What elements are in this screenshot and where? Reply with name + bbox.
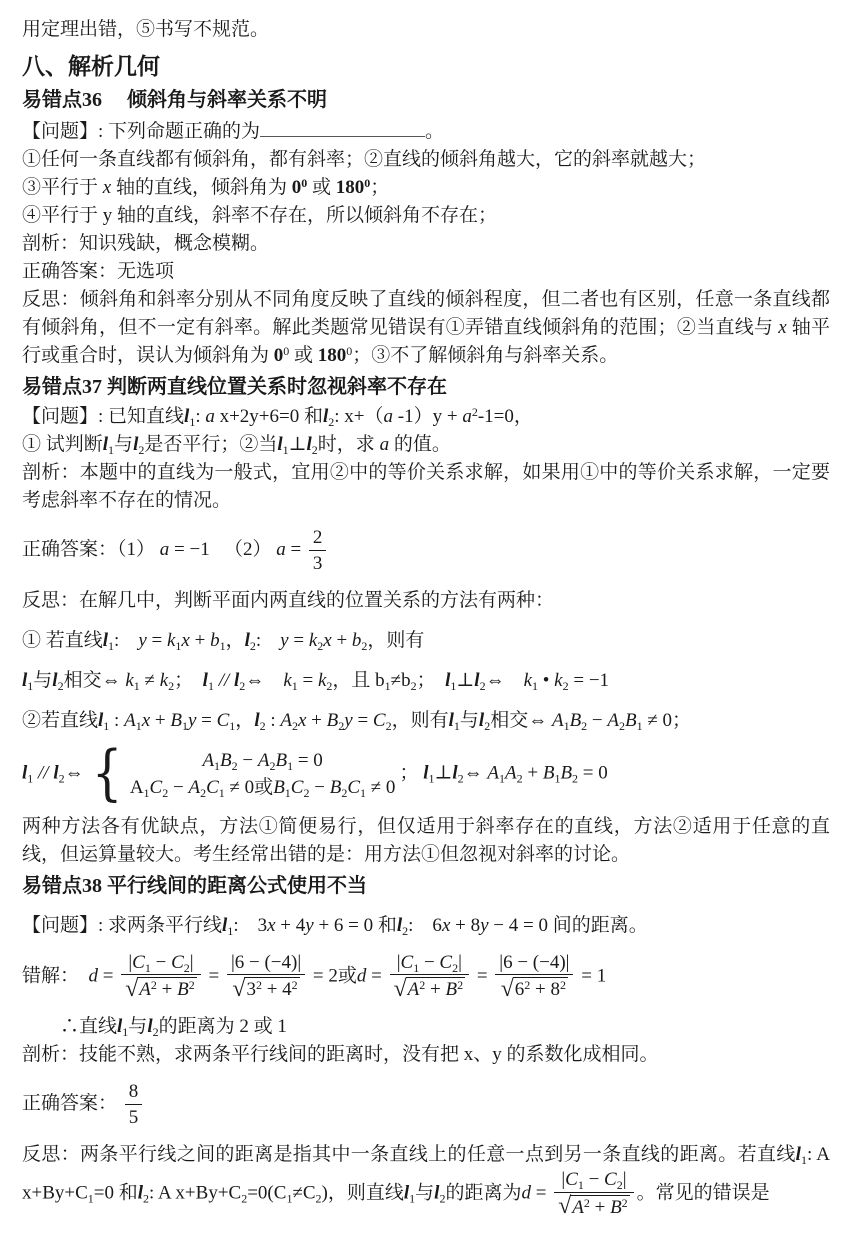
fraction: |C1 − C2|√A2 + B2 [554,1169,633,1219]
problem-36: 【问题】: 下列命题正确的为。 [22,116,830,146]
analysis-37: 剖析：本题中的直线为一般式，宜用②中的等价关系求解，如果用①中的等价关系求解，一… [22,459,830,515]
left-brace-icon: { [91,748,122,799]
problem-37: 【问题】: 已知直线l1: a x+2y+6=0 和l2: x+（a -1）y … [22,403,830,431]
mistake-37-heading: 易错点37 判断两直线位置关系时忽视斜率不存在 [22,373,830,401]
fill-in-blank [260,116,425,137]
wrong-solution-38: 错解： d = |C1 − C2|√A2 + B2 = |6 − (−4)|√3… [22,952,830,1002]
option-4: ④平行于 y 轴的直线，斜率不存在，所以倾斜角不存在； [22,202,830,230]
method-1-relations: l1与l2相交⇔ k1 ≠ k2； l1 // l2⇔ k1 = k2，且 b1… [22,667,830,695]
method-2-cases: l1 // l2⇔{A1B2 − A2B1 = 0A1C2 − A2C1 ≠ 0… [22,747,830,801]
option-3: ③平行于 x 轴的直线，倾斜角为 00 或 1800； [22,174,830,202]
problem-38: 【问题】: 求两条平行线l1: 3x + 4y + 6 = 0 和l2: 6x … [22,912,830,940]
square-root: √A2 + B2 [558,1195,629,1219]
analysis-38: 剖析：技能不熟，求两条平行线间的距离时，没有把 x、y 的系数化成相同。 [22,1041,830,1069]
reflection-37-intro: 反思：在解几中，判断平面内两直线的位置关系的方法有两种： [22,587,830,615]
answer-36: 正确答案：无选项 [22,258,830,286]
fraction: 85 [125,1081,143,1129]
document-page: 用定理出错，⑤书写不规范。八、解析几何易错点36 倾斜角与斜率关系不明【问题】:… [0,0,854,1251]
problem-37-questions: ① 试判断l1与l2是否平行；②当l1⊥l2时，求 a 的值。 [22,431,830,459]
section-heading-analytic-geometry: 八、解析几何 [22,51,830,83]
fraction: |6 − (−4)|√62 + 82 [495,952,573,1002]
answer-37: 正确答案：（1） a = −1 （2） a = 23 [22,527,830,575]
square-root: √32 + 42 [232,977,299,1001]
reflection-36: 反思：倾斜角和斜率分别从不同角度反映了直线的倾斜程度，但二者也有区别，任意一条直… [22,286,830,370]
cases-group: {A1B2 − A2B1 = 0A1C2 − A2C1 ≠ 0或B1C2 − B… [88,747,396,801]
methods-comparison: 两种方法各有优缺点，方法①简便易行，但仅适用于斜率存在的直线，方法②适用于任意的… [22,813,830,869]
answer-38: 正确答案： 85 [22,1081,830,1129]
reflection-38: 反思：两条平行线之间的距离是指其中一条直线上的任意一点到另一条直线的距离。若直线… [22,1141,830,1219]
intro-line: 用定理出错，⑤书写不规范。 [22,16,830,44]
square-root: √A2 + B2 [394,977,465,1001]
options-1-2: ①任何一条直线都有倾斜角，都有斜率；②直线的倾斜角越大，它的斜率就越大； [22,146,830,174]
square-root: √A2 + B2 [125,977,196,1001]
square-root: √62 + 82 [501,977,568,1001]
mistake-36-heading: 易错点36 倾斜角与斜率关系不明 [22,86,830,114]
analysis-36: 剖析：知识残缺，概念模糊。 [22,230,830,258]
fraction: |C1 − C2|√A2 + B2 [121,952,200,1002]
fraction: 23 [309,527,327,575]
fraction: |6 − (−4)|√32 + 42 [227,952,305,1002]
method-2-formula: ②若直线l1 : A1x + B1y = C1，l2 : A2x + B2y =… [22,707,830,735]
mistake-38-heading: 易错点38 平行线间的距离公式使用不当 [22,872,830,900]
fraction: |C1 − C2|√A2 + B2 [390,952,469,1002]
method-1-formula: ① 若直线l1: y = k1x + b1，l2: y = k2x + b2，则… [22,627,830,655]
wrong-conclusion-38: ∴直线l1与l2的距离为 2 或 1 [22,1013,830,1041]
